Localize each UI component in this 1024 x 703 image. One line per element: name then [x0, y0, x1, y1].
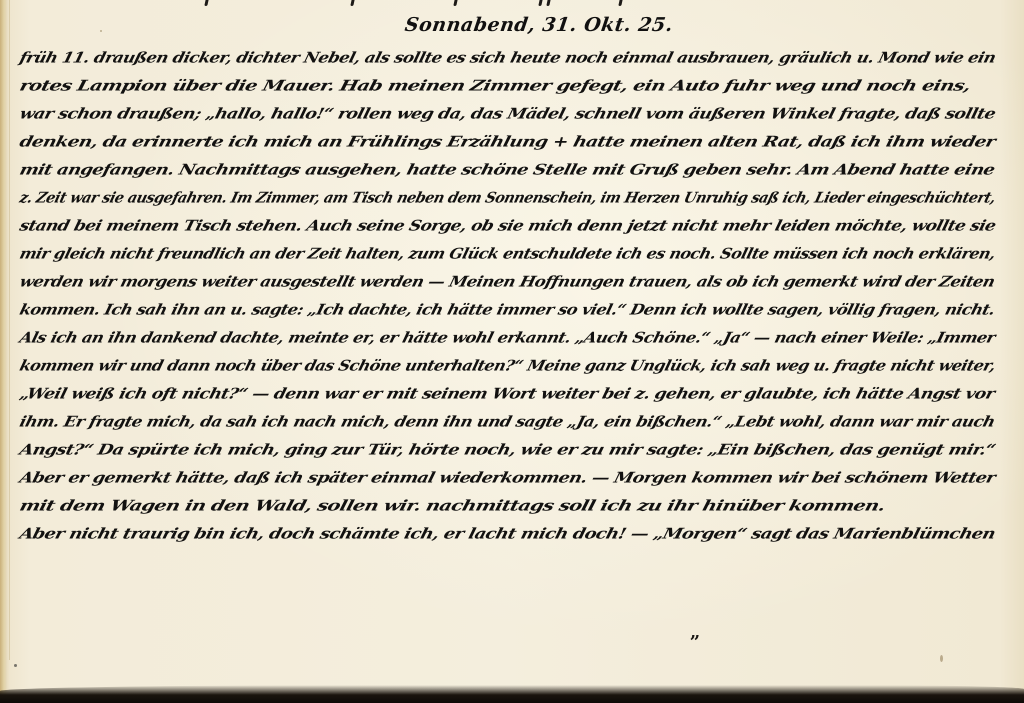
handwritten-line: Als ich an ihn dankend dachte, meinte er… [18, 328, 997, 346]
handwritten-line: früh 11. draußen dicker, dichter Nebel, … [18, 48, 998, 66]
handwritten-line: Angst?“ Da spürte ich mich, ging zur Tür… [18, 440, 997, 458]
handwritten-line: denken, da erinnerte ich mich an Frühlin… [18, 132, 997, 150]
paper-speck [100, 30, 102, 32]
page-margin-line [9, 0, 10, 660]
handwritten-line: Aber er gemerkt hätte, daß ich später ei… [18, 468, 998, 486]
handwritten-line: ihm. Er fragte mich, da sah ich nach mic… [18, 412, 997, 430]
handwritten-line: mit angefangen. Nachmittags ausgehen, ha… [18, 160, 997, 178]
handwritten-line: stand bei meinem Tisch stehen. Auch sein… [18, 216, 998, 234]
page-spine-edge [0, 0, 7, 703]
handwritten-line: Aber nicht traurig bin ich, doch schämte… [18, 524, 997, 542]
handwritten-line: kommen wir und dann noch über das Schöne… [18, 356, 998, 374]
handwritten-line: „Weil weiß ich oft nicht?“ — denn war er… [18, 384, 997, 402]
handwritten-line: mit dem Wagen in den Wald, sollen wir. n… [18, 496, 887, 514]
handwritten-line: z. Zeit war sie ausgefahren. Im Zimmer, … [18, 188, 998, 206]
closing-quote-mark: „ [690, 622, 700, 643]
paper-speck [14, 664, 17, 667]
page-bottom-shadow [0, 685, 1024, 703]
handwritten-line: werden wir morgens weiter ausgestellt we… [18, 272, 997, 290]
handwritten-line: war schon draußen; „hallo, hallo!“ rolle… [18, 104, 998, 122]
paper-speck [940, 655, 943, 662]
handwritten-line: mir gleich nicht freundlich an der Zeit … [18, 244, 998, 262]
handwritten-line: kommen. Ich sah ihn an u. sagte: „Ich da… [18, 300, 997, 318]
entry-date-heading: Sonnabend, 31. Okt. 25. [403, 14, 674, 36]
handwritten-line: rotes Lampion über die Mauer. Hab meinen… [18, 76, 973, 94]
previous-line-fragment [0, 0, 1024, 10]
diary-page: Sonnabend, 31. Okt. 25. früh 11. draußen… [0, 0, 1024, 703]
